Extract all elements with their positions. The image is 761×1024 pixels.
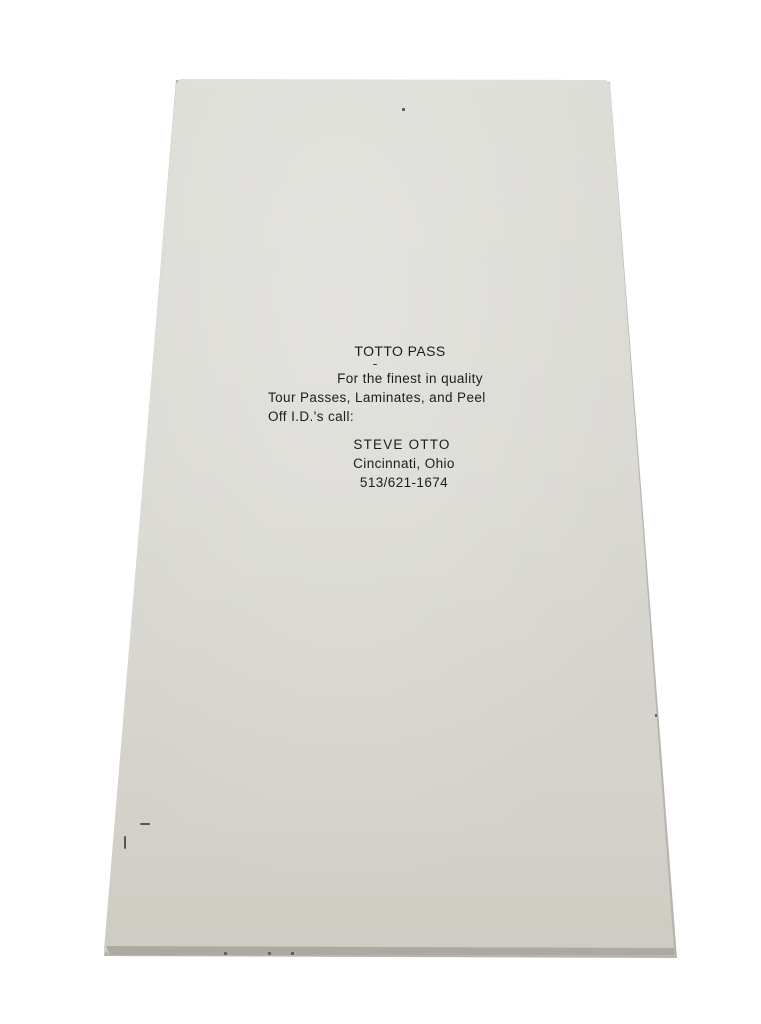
contact-location: Cincinnati, Ohio (254, 456, 554, 472)
tagline-line-2: Tour Passes, Laminates, and Peel (268, 390, 486, 406)
paper-speck (224, 952, 227, 955)
contact-name: STEVE OTTO (252, 437, 552, 453)
card-title: TOTTO PASS (250, 343, 550, 359)
title-underline-tick (373, 364, 377, 365)
paper-speck (291, 952, 294, 955)
tagline-line-3: Off I.D.'s call: (268, 409, 354, 425)
paper-speck (268, 952, 271, 955)
tagline-line-1: For the finest in quality (260, 371, 560, 387)
paper-speck (655, 714, 657, 717)
paper-speck (402, 108, 405, 111)
contact-phone: 513/621-1674 (254, 475, 554, 491)
printed-card (0, 0, 761, 1024)
paper-speck (124, 836, 126, 849)
paper-speck (140, 823, 150, 825)
